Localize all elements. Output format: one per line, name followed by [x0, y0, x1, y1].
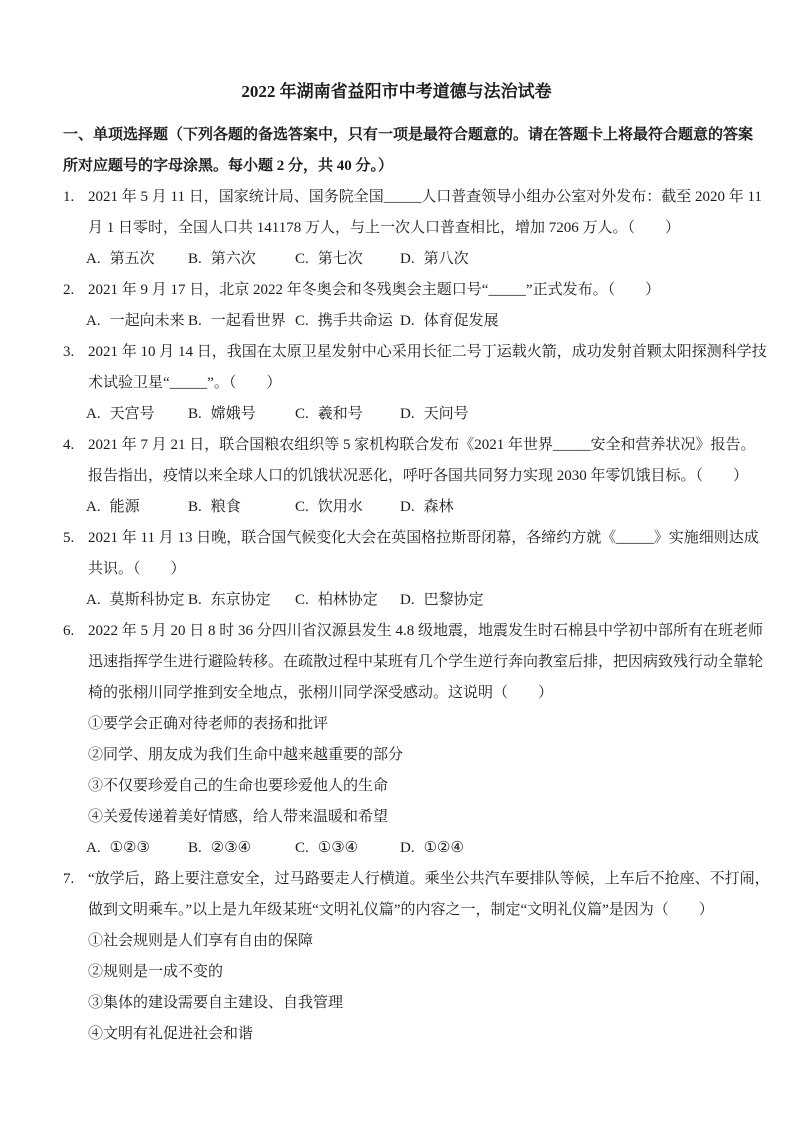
question-number: 7. [63, 864, 88, 895]
options-row: A.①②③B.②③④C.①③④D.①②④ [63, 833, 773, 864]
option-text: ②③④ [211, 840, 251, 856]
option-d: D.天问号 [400, 399, 773, 430]
exam-paper-page: 2022 年湖南省益阳市中考道德与法治试卷 一、单项选择题（下列各题的备选答案中… [0, 0, 793, 1122]
question-first-line: 7.“放学后，路上要注意安全，过马路要走人行横道。乘坐公共汽车要排队等候，上车后… [63, 864, 773, 895]
question-text-line: 共识。（ ） [63, 554, 773, 585]
option-c: C.携手共命运 [295, 306, 400, 337]
section-header-line: 一、单项选择题（下列各题的备选答案中，只有一项是最符合题意的。请在答题卡上将最符… [63, 120, 773, 151]
page-title: 2022 年湖南省益阳市中考道德与法治试卷 [63, 76, 730, 107]
option-b: B.东京协定 [188, 585, 295, 616]
option-text: 羲和号 [318, 406, 363, 422]
question-subitem: ③不仅要珍爱自己的生命也要珍爱他人的生命 [63, 771, 773, 802]
option-b: B.粮食 [188, 492, 295, 523]
question-5: 5.2021 年 11 月 13 日晚，联合国气候变化大会在英国格拉斯哥闭幕，各… [63, 523, 773, 616]
option-label: C. [295, 406, 309, 422]
option-label: B. [188, 592, 202, 608]
question-first-line: 6.2022 年 5 月 20 日 8 时 36 分四川省汉源县发生 4.8 级… [63, 616, 773, 647]
option-c: C.柏林协定 [295, 585, 400, 616]
option-label: D. [400, 313, 415, 329]
question-text: 2021 年 5 月 11 日，国家统计局、国务院全国_____人口普查领导小组… [88, 189, 762, 205]
question-text: 2021 年 9 月 17 日，北京 2022 年冬奥会和冬残奥会主题口号“__… [88, 282, 660, 298]
question-subitem: ④文明有礼促进社会和谐 [63, 1019, 773, 1050]
question-number: 3. [63, 337, 88, 368]
option-label: D. [400, 499, 415, 515]
question-text: “放学后，路上要注意安全，过马路要走人行横道。乘坐公共汽车要排队等候，上车后不抢… [88, 871, 770, 887]
option-text: 森林 [424, 499, 454, 515]
questions-list: 1.2021 年 5 月 11 日，国家统计局、国务院全国_____人口普查领导… [63, 182, 773, 1050]
option-text: 饮用水 [318, 499, 363, 515]
question-number: 5. [63, 523, 88, 554]
question-subitem: ②规则是一成不变的 [63, 957, 773, 988]
option-text: 第七次 [318, 251, 363, 267]
option-a: A.莫斯科协定 [86, 585, 188, 616]
option-text: 体育促发展 [424, 313, 499, 329]
option-text: 莫斯科协定 [110, 592, 185, 608]
question-first-line: 2.2021 年 9 月 17 日，北京 2022 年冬奥会和冬残奥会主题口号“… [63, 275, 773, 306]
option-label: B. [188, 499, 202, 515]
question-1: 1.2021 年 5 月 11 日，国家统计局、国务院全国_____人口普查领导… [63, 182, 773, 275]
option-d: D.体育促发展 [400, 306, 773, 337]
options-row: A.一起向未来B.一起看世界C.携手共命运D.体育促发展 [63, 306, 773, 337]
question-text-line: 月 1 日零时，全国人口共 141178 万人，与上一次人口普查相比，增加 72… [63, 213, 773, 244]
question-7: 7.“放学后，路上要注意安全，过马路要走人行横道。乘坐公共汽车要排队等候，上车后… [63, 864, 773, 1050]
option-label: C. [295, 499, 309, 515]
option-text: 粮食 [211, 499, 241, 515]
option-d: D.森林 [400, 492, 773, 523]
question-number: 2. [63, 275, 88, 306]
question-first-line: 1.2021 年 5 月 11 日，国家统计局、国务院全国_____人口普查领导… [63, 182, 773, 213]
question-text-line: 迅速指挥学生进行避险转移。在疏散过程中某班有几个学生逆行奔向教室后排，把因病致残… [63, 647, 773, 678]
option-c: C.羲和号 [295, 399, 400, 430]
option-b: B.嫦娥号 [188, 399, 295, 430]
section-header: 一、单项选择题（下列各题的备选答案中，只有一项是最符合题意的。请在答题卡上将最符… [63, 120, 773, 182]
option-text: 巴黎协定 [424, 592, 484, 608]
option-text: ①③④ [318, 840, 358, 856]
question-number: 6. [63, 616, 88, 647]
option-label: D. [400, 406, 415, 422]
option-label: A. [86, 251, 101, 267]
option-label: A. [86, 499, 101, 515]
option-label: A. [86, 840, 101, 856]
option-label: C. [295, 251, 309, 267]
option-text: 第八次 [424, 251, 469, 267]
question-text: 2022 年 5 月 20 日 8 时 36 分四川省汉源县发生 4.8 级地震… [88, 623, 763, 639]
option-label: A. [86, 406, 101, 422]
option-text: 第五次 [110, 251, 155, 267]
option-label: D. [400, 840, 415, 856]
option-text: 一起看世界 [211, 313, 286, 329]
option-b: B.②③④ [188, 833, 295, 864]
question-text-line: 报告指出，疫情以来全球人口的饥饿状况恶化，呼吁各国共同努力实现 2030 年零饥… [63, 461, 773, 492]
option-a: A.第五次 [86, 244, 188, 275]
option-d: D.①②④ [400, 833, 773, 864]
question-4: 4.2021 年 7 月 21 日，联合国粮农组织等 5 家机构联合发布《202… [63, 430, 773, 523]
question-number: 4. [63, 430, 88, 461]
question-text: 2021 年 11 月 13 日晚，联合国气候变化大会在英国格拉斯哥闭幕，各缔约… [88, 530, 759, 546]
question-subitem: ①要学会正确对待老师的表扬和批评 [63, 709, 773, 740]
question-subitem: ④关爱传递着美好情感，给人带来温暖和希望 [63, 802, 773, 833]
option-text: 能源 [110, 499, 140, 515]
option-d: D.第八次 [400, 244, 773, 275]
option-text: 东京协定 [211, 592, 271, 608]
question-text: 2021 年 7 月 21 日，联合国粮农组织等 5 家机构联合发布《2021 … [88, 437, 756, 453]
question-text-line: 椅的张栩川同学推到安全地点，张栩川同学深受感动。这说明（ ） [63, 678, 773, 709]
question-subitem: ②同学、朋友成为我们生命中越来越重要的部分 [63, 740, 773, 771]
option-a: A.①②③ [86, 833, 188, 864]
question-number: 1. [63, 182, 88, 213]
question-first-line: 4.2021 年 7 月 21 日，联合国粮农组织等 5 家机构联合发布《202… [63, 430, 773, 461]
question-text-line: 术试验卫星“_____”。（ ） [63, 368, 773, 399]
option-a: A.一起向未来 [86, 306, 188, 337]
option-c: C.第七次 [295, 244, 400, 275]
option-c: C.饮用水 [295, 492, 400, 523]
option-text: 嫦娥号 [211, 406, 256, 422]
option-label: D. [400, 251, 415, 267]
option-text: 一起向未来 [110, 313, 185, 329]
options-row: A.莫斯科协定B.东京协定C.柏林协定D.巴黎协定 [63, 585, 773, 616]
option-d: D.巴黎协定 [400, 585, 773, 616]
question-3: 3.2021 年 10 月 14 日，我国在太原卫星发射中心采用长征二号丁运载火… [63, 337, 773, 430]
question-first-line: 3.2021 年 10 月 14 日，我国在太原卫星发射中心采用长征二号丁运载火… [63, 337, 773, 368]
option-label: C. [295, 840, 309, 856]
option-label: A. [86, 313, 101, 329]
option-a: A.天宫号 [86, 399, 188, 430]
question-first-line: 5.2021 年 11 月 13 日晚，联合国气候变化大会在英国格拉斯哥闭幕，各… [63, 523, 773, 554]
question-2: 2.2021 年 9 月 17 日，北京 2022 年冬奥会和冬残奥会主题口号“… [63, 275, 773, 337]
option-text: 天宫号 [110, 406, 155, 422]
option-label: B. [188, 406, 202, 422]
option-label: A. [86, 592, 101, 608]
option-label: D. [400, 592, 415, 608]
question-text: 2021 年 10 月 14 日，我国在太原卫星发射中心采用长征二号丁运载火箭，… [88, 344, 767, 360]
question-text-line: 做到文明乘车。”以上是九年级某班“文明礼仪篇”的内容之一，制定“文明礼仪篇”是因… [63, 895, 773, 926]
option-label: B. [188, 251, 202, 267]
options-row: A.第五次B.第六次C.第七次D.第八次 [63, 244, 773, 275]
option-c: C.①③④ [295, 833, 400, 864]
option-a: A.能源 [86, 492, 188, 523]
option-b: B.第六次 [188, 244, 295, 275]
option-label: C. [295, 592, 309, 608]
question-subitem: ③集体的建设需要自主建设、自我管理 [63, 988, 773, 1019]
question-subitem: ①社会规则是人们享有自由的保障 [63, 926, 773, 957]
section-header-line: 所对应题号的字母涂黑。每小题 2 分，共 40 分。） [63, 151, 773, 182]
option-text: ①②④ [424, 840, 464, 856]
options-row: A.能源B.粮食C.饮用水D.森林 [63, 492, 773, 523]
option-b: B.一起看世界 [188, 306, 295, 337]
option-text: ①②③ [110, 840, 150, 856]
option-label: B. [188, 313, 202, 329]
option-label: C. [295, 313, 309, 329]
option-text: 第六次 [211, 251, 256, 267]
option-label: B. [188, 840, 202, 856]
question-6: 6.2022 年 5 月 20 日 8 时 36 分四川省汉源县发生 4.8 级… [63, 616, 773, 864]
options-row: A.天宫号B.嫦娥号C.羲和号D.天问号 [63, 399, 773, 430]
option-text: 携手共命运 [318, 313, 393, 329]
option-text: 柏林协定 [318, 592, 378, 608]
option-text: 天问号 [424, 406, 469, 422]
